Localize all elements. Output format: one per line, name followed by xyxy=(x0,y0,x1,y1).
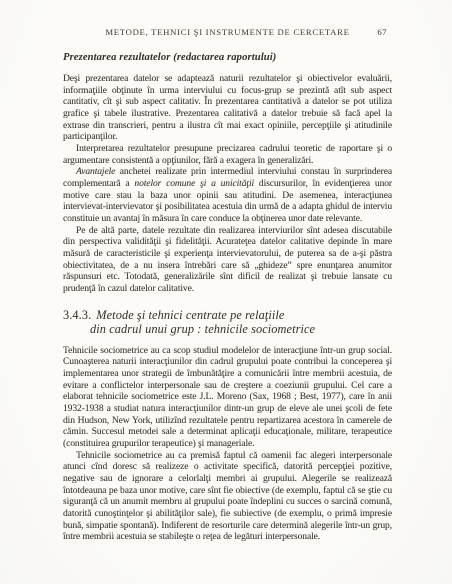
section-title-line1: Metode şi tehnici centrate pe relaţiile xyxy=(96,308,284,322)
running-header: METODE, TEHNICI ŞI INSTRUMENTE DE CERCET… xyxy=(63,27,392,40)
paragraph-advantages: Avantajele anchetei realizate prin inter… xyxy=(63,166,392,224)
running-header-title: METODE, TEHNICI ŞI INSTRUMENTE DE CERCET… xyxy=(63,27,392,37)
subsection-heading: Prezentarea rezultatelor (redactarea rap… xyxy=(63,52,392,64)
paragraph-limitations: Pe de altă parte, datele rezultate din r… xyxy=(63,225,392,295)
section-heading-line1: 3.4.3.Metode şi tehnici centrate pe rela… xyxy=(63,308,284,322)
paragraph-sociometric-premise: Tehnicile sociometrice au ca premisă fap… xyxy=(63,450,392,543)
section-number: 3.4.3. xyxy=(63,308,91,322)
book-page: METODE, TEHNICI ŞI INSTRUMENTE DE CERCET… xyxy=(0,0,452,584)
paragraph-sociometric-scope: Tehnicile sociometrice au ca scop studiu… xyxy=(63,345,392,450)
paragraph-presentation-intro: Deşi prezentarea datelor se adaptează na… xyxy=(63,73,392,143)
section-heading-line2: din cadrul unui grup : tehnicile sociome… xyxy=(63,323,392,337)
paragraph-interpretation: Interpretarea rezultatelor presupune pre… xyxy=(63,143,392,166)
section-heading: 3.4.3.Metode şi tehnici centrate pe rela… xyxy=(63,309,392,336)
page-number: 67 xyxy=(377,27,387,37)
section-title-line2: din cadrul unui grup : tehnicile sociome… xyxy=(90,322,315,336)
